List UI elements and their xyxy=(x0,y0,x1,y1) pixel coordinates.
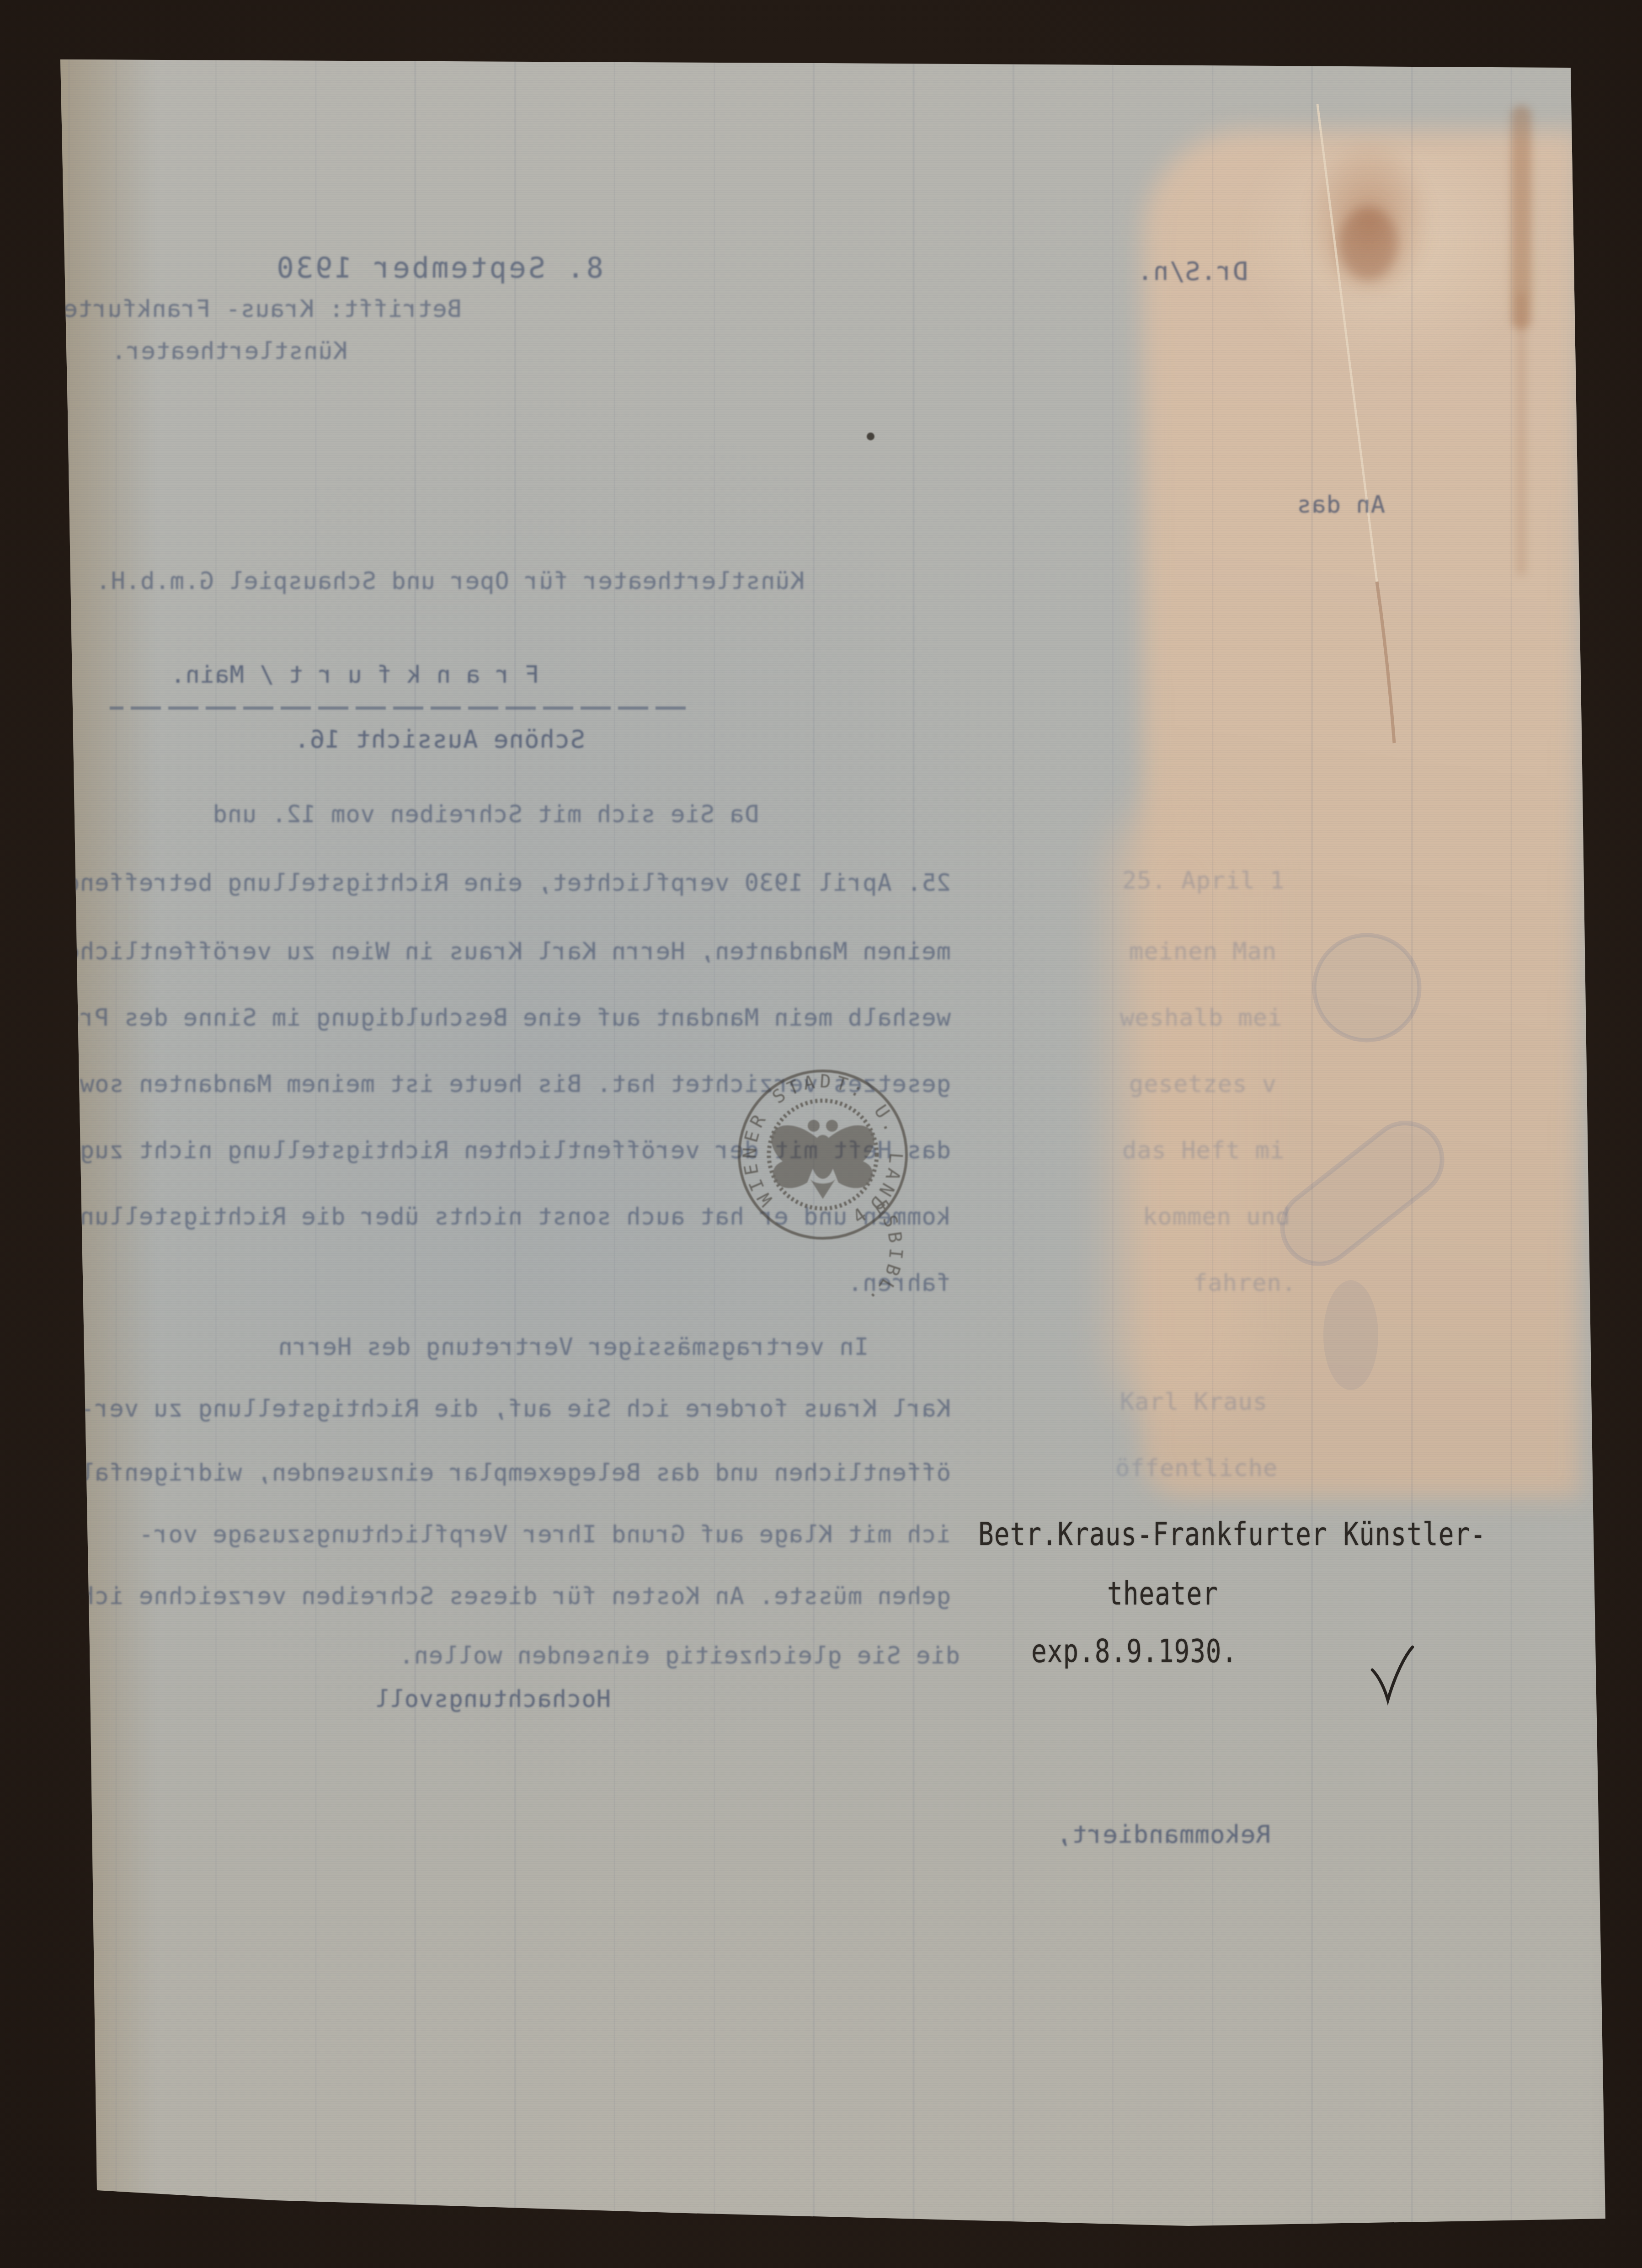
paper-edge-shading xyxy=(0,0,1642,2268)
letter-sheet: 25. April 1 meinen Man weshalb mei geset… xyxy=(0,0,1642,2268)
scan-viewport: 25. April 1 meinen Man weshalb mei geset… xyxy=(0,0,1642,2268)
